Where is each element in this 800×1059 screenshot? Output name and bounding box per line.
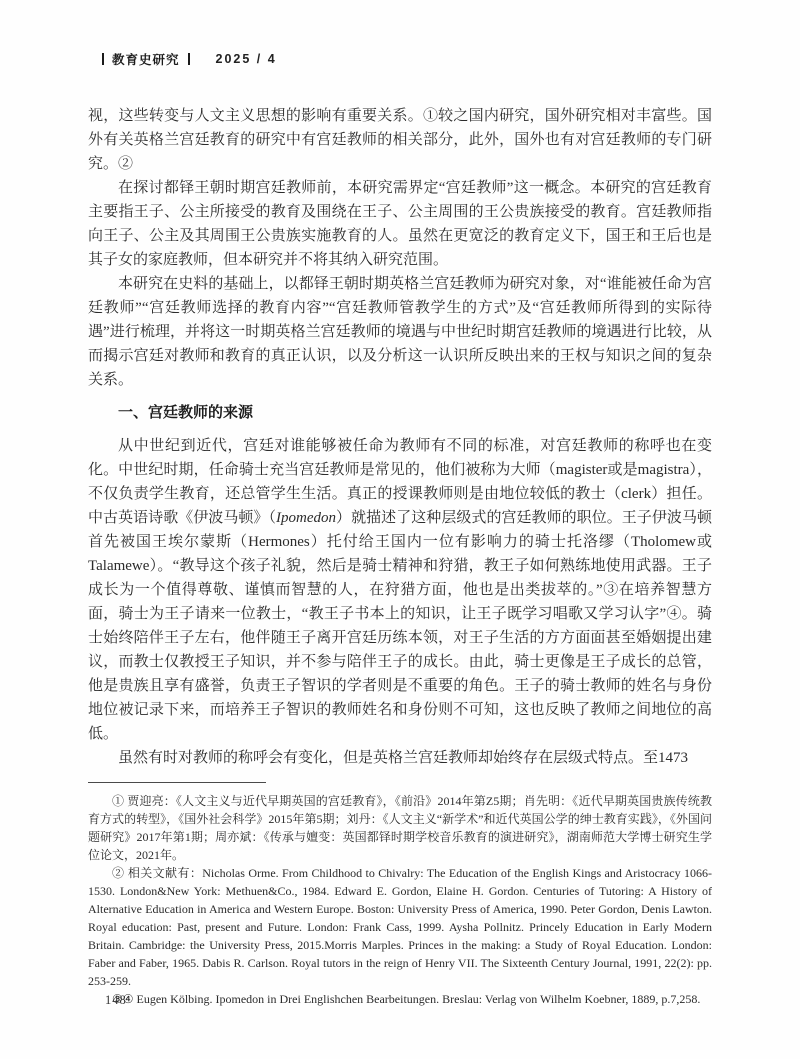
paragraph-group-top: 视，这些转变与人文主义思想的影响有重要关系。①较之国内研究，国外研究相对丰富些。… (88, 104, 712, 392)
page-number: 148 (105, 993, 127, 1008)
running-head: 教育史研究 2025 / 4 (88, 50, 712, 68)
body-paragraph: 本研究在史料的基础上，以都铎王朝时期英格兰宫廷教师为研究对象，对“谁能被任命为宫… (88, 272, 712, 392)
page-content: 教育史研究 2025 / 4 视，这些转变与人文主义思想的影响有重要关系。①较之… (88, 0, 712, 1008)
journal-title: 教育史研究 (112, 50, 180, 68)
body-paragraph: 虽然有时对教师的称呼会有变化，但是英格兰宫廷教师却始终存在层级式特点。至1473 (88, 746, 712, 770)
paragraph-group-bottom: 从中世纪到近代，宫廷对谁能够被任命为教师有不同的标准，对宫廷教师的称呼也在变化。… (88, 434, 712, 770)
divider-bar-icon (102, 53, 104, 65)
footnote: ③④ Eugen Kölbing. Ipomedon in Drei Engli… (88, 990, 712, 1008)
journal-page: 教育史研究 2025 / 4 视，这些转变与人文主义思想的影响有重要关系。①较之… (0, 0, 800, 1059)
section-heading: 一、宫廷教师的来源 (88, 401, 712, 425)
footnote: ② 相关文献有：Nicholas Orme. From Childhood to… (88, 864, 712, 990)
footnotes-section: ① 贾迎亮：《人文主义与近代早期英国的宫廷教育》，《前沿》2014年第Z5期；肖… (88, 782, 712, 1008)
article-body: 视，这些转变与人文主义思想的影响有重要关系。①较之国内研究，国外研究相对丰富些。… (88, 104, 712, 770)
footnote: ① 贾迎亮：《人文主义与近代早期英国的宫廷教育》，《前沿》2014年第Z5期；肖… (88, 792, 712, 864)
footnote-separator (88, 782, 266, 783)
issue-number: 2025 / 4 (216, 52, 277, 66)
body-paragraph: 从中世纪到近代，宫廷对谁能够被任命为教师有不同的标准，对宫廷教师的称呼也在变化。… (88, 434, 712, 746)
footnote-list: ① 贾迎亮：《人文主义与近代早期英国的宫廷教育》，《前沿》2014年第Z5期；肖… (88, 792, 712, 1008)
body-paragraph: 在探讨都铎王朝时期宫廷教师前，本研究需界定“宫廷教师”这一概念。本研究的宫廷教育… (88, 176, 712, 272)
body-paragraph: 视，这些转变与人文主义思想的影响有重要关系。①较之国内研究，国外研究相对丰富些。… (88, 104, 712, 176)
divider-bar-icon (188, 53, 190, 65)
